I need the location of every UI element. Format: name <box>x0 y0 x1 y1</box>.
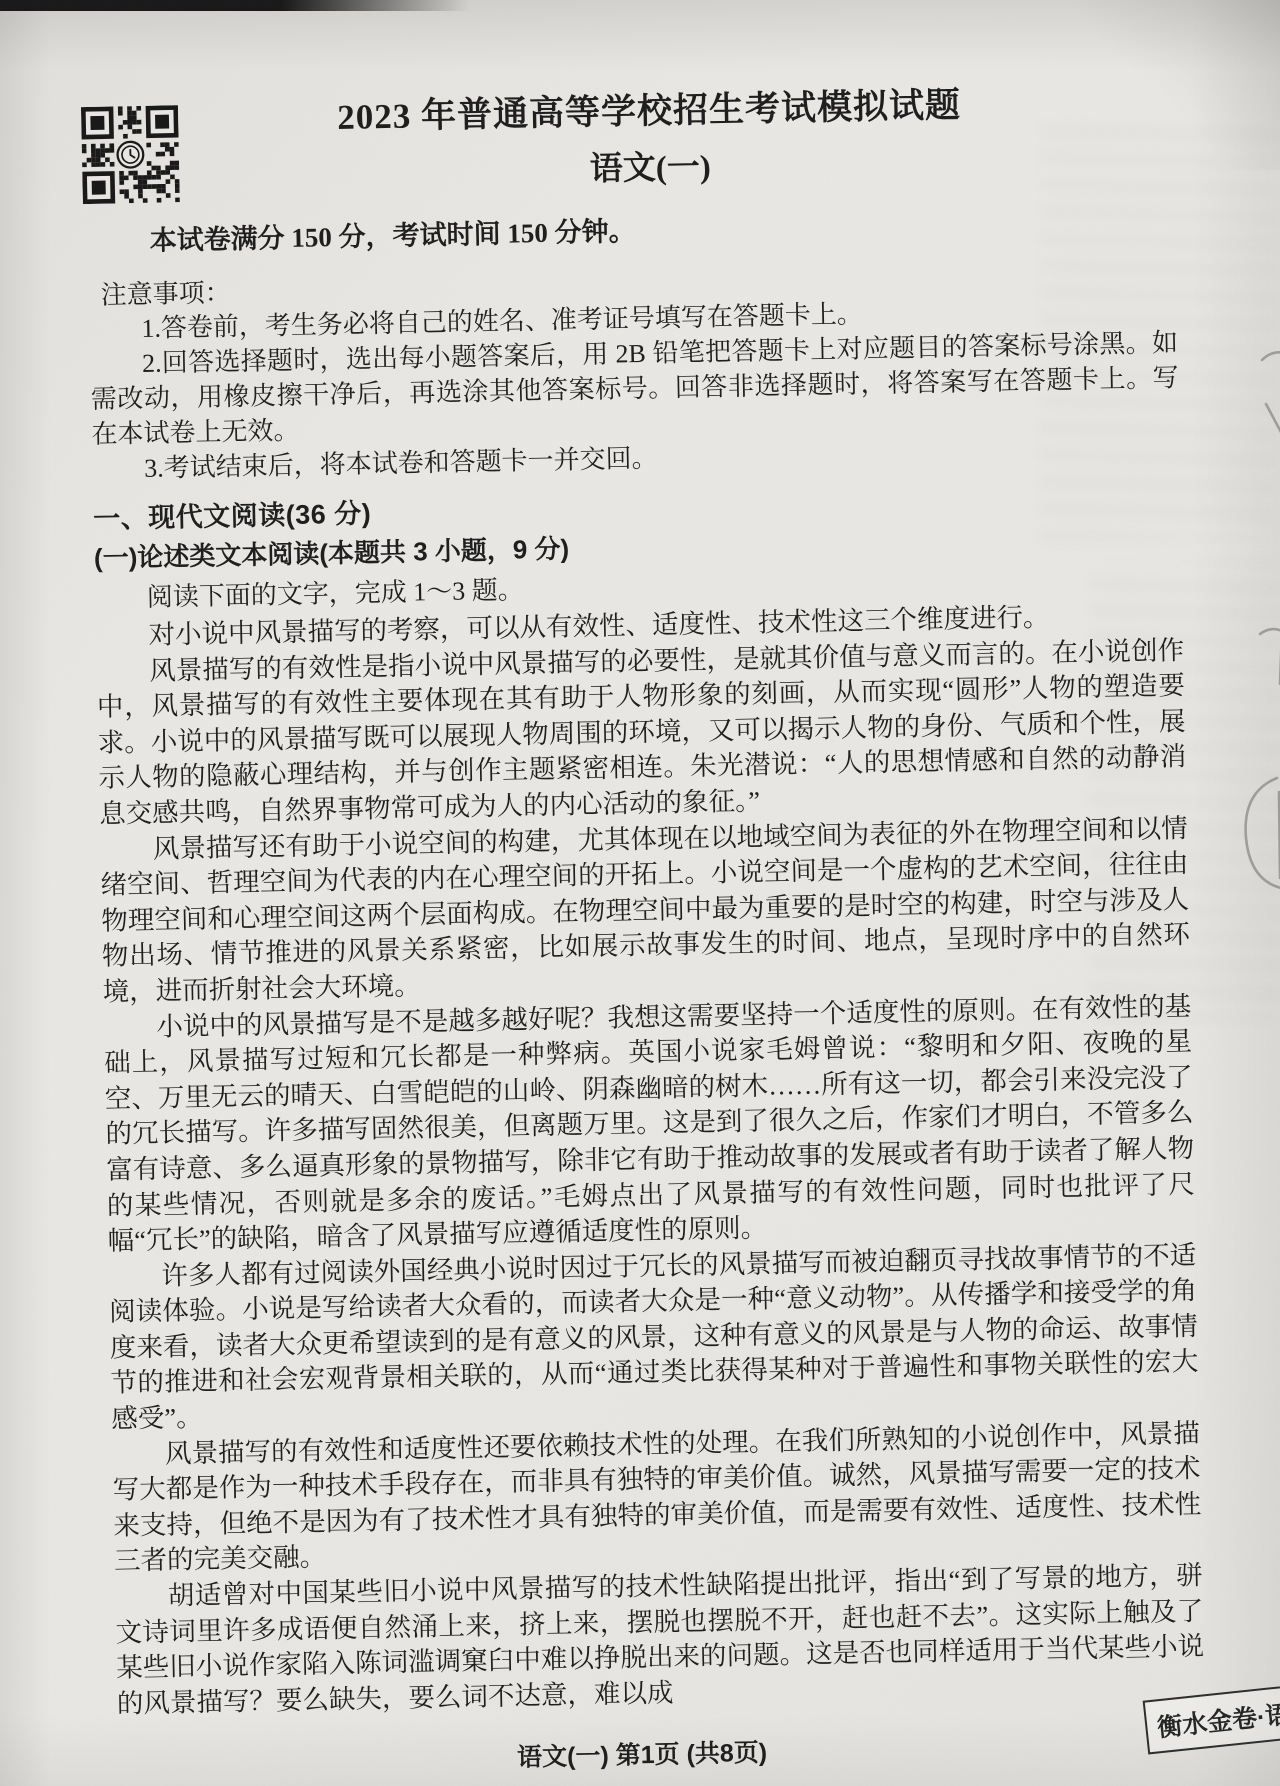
exam-info: 本试卷满分 150 分，考试时间 150 分钟。 <box>149 198 1176 258</box>
passage-paragraph: 风景描写的有效性是指小说中风景描写的必要性，是就其价值与意义而言的。在小说创作中… <box>96 633 1187 833</box>
passage-paragraph: 胡适曾对中国某些旧小说中风景描写的技术性缺陷提出批评，指出“到了写景的地方，骈文… <box>115 1558 1206 1722</box>
scanned-exam-page: 2023 年普通高等学校招生考试模拟试题 语文(一) 本试卷满分 150 分，考… <box>0 0 1280 1786</box>
passage-paragraph: 风景描写还有助于小说空间的构建，尤其体现在以地域空间为表征的外在物理空间和以情绪… <box>100 811 1191 1011</box>
exam-subject-title: 语文(一) <box>126 131 1175 199</box>
passage-paragraph: 风景描写的有效性和适度性还要依赖技术性的处理。在我们所熟知的小说创作中，风景描写… <box>112 1416 1203 1580</box>
page-footer-label: 语文(一) 第1页 (共8页) <box>78 1724 1206 1783</box>
passage-paragraph: 小说中的风景描写是不是越多越好呢？我想这需要坚持一个适度性的原则。在有效性的基础… <box>103 989 1196 1260</box>
page-content: 2023 年普通高等学校招生考试模拟试题 语文(一) 本试卷满分 150 分，考… <box>84 61 1206 1782</box>
passage-paragraph: 许多人都有过阅读外国经典小说时因过于冗长的风景描写而被迫翻页寻找故事情节的不适阅… <box>108 1238 1199 1438</box>
qr-code-icon <box>81 105 180 204</box>
scanner-edge-shadow <box>0 0 470 11</box>
